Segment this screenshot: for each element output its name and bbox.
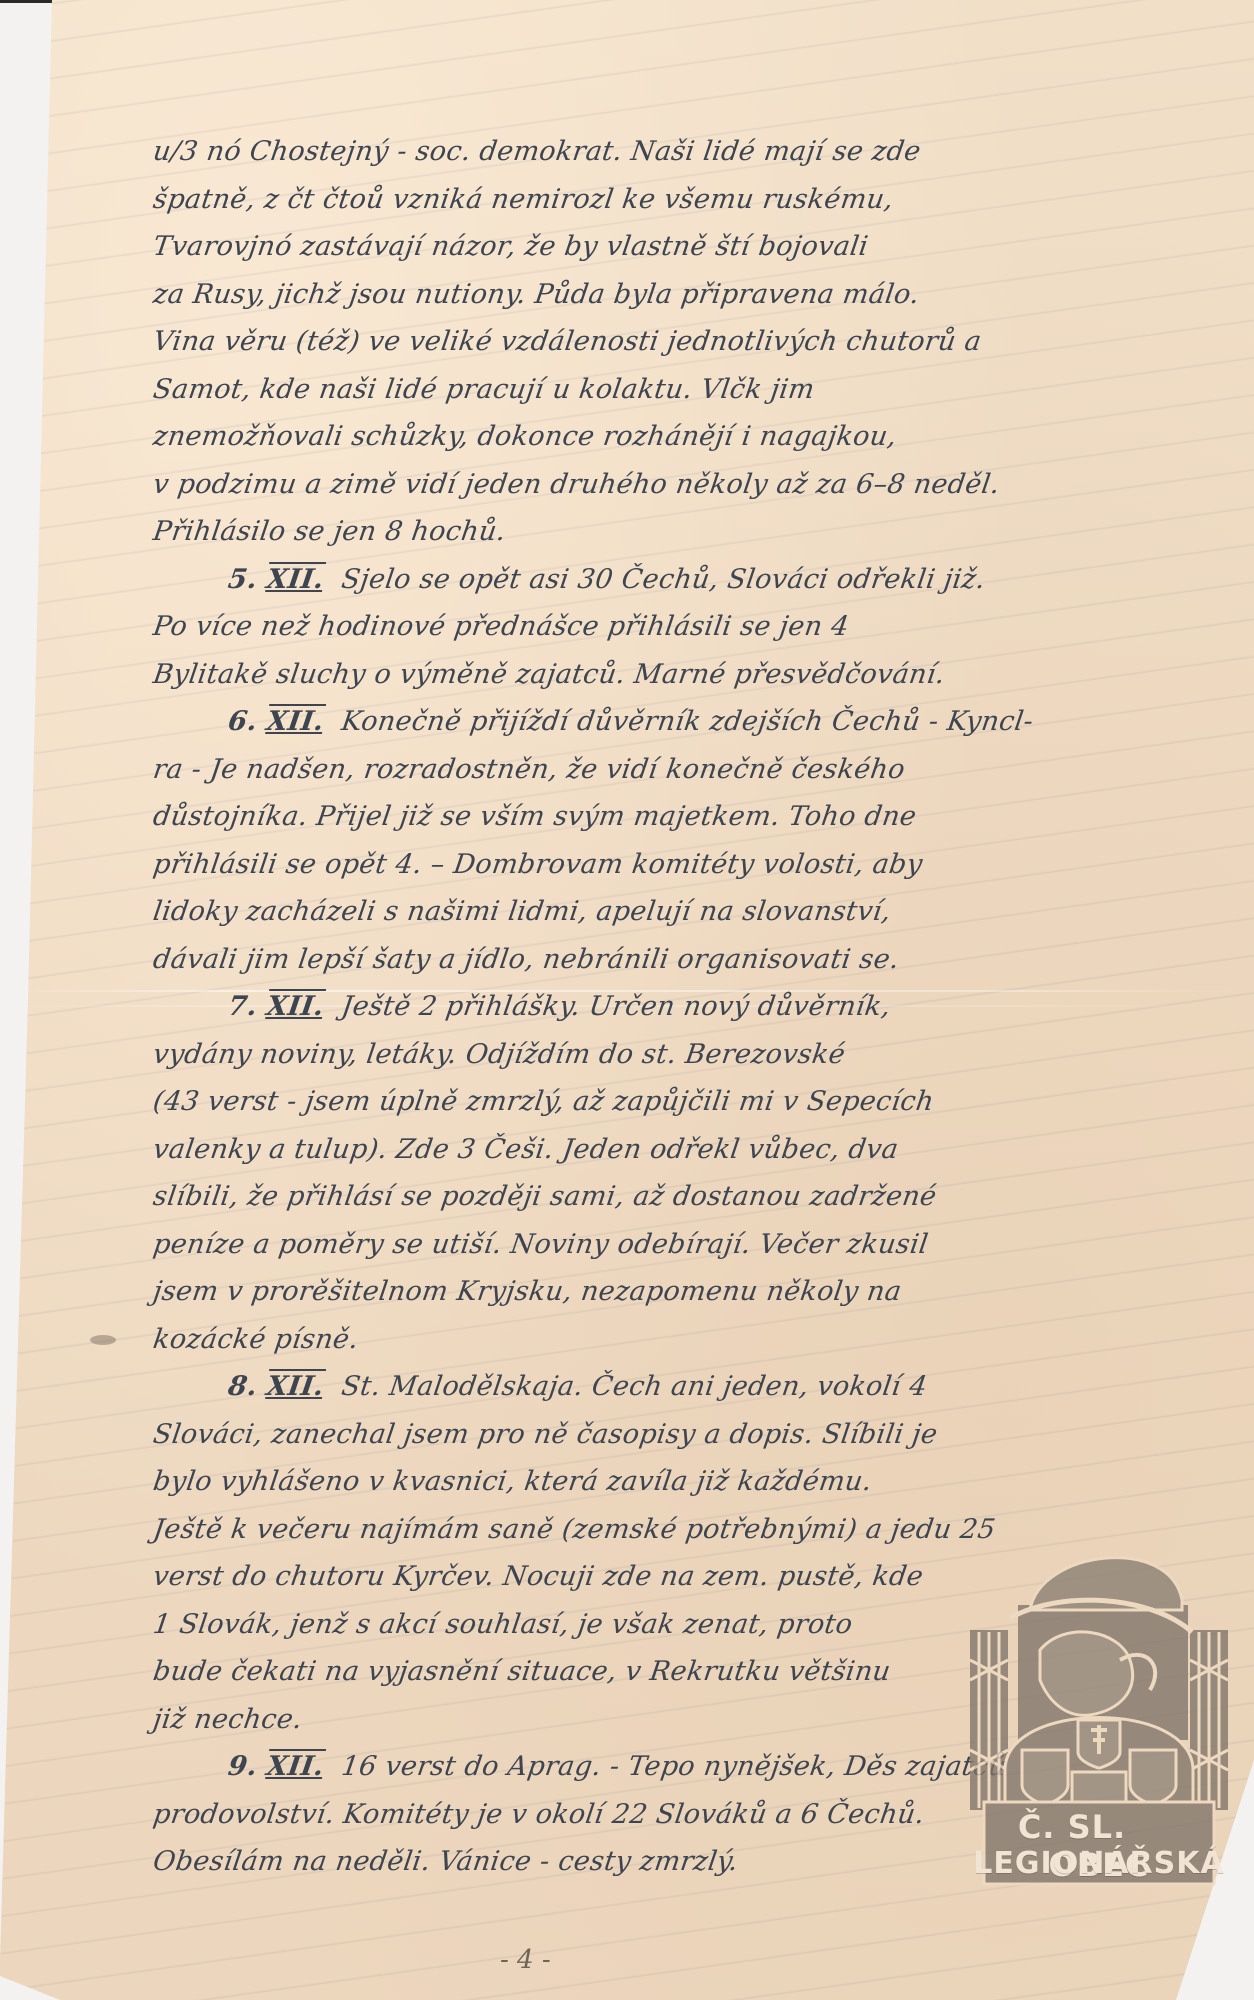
line-text: Obesílám na neděli. Vánice - cesty zmrzl… <box>151 1846 740 1877</box>
line-text: peníze a poměry se utiší. Noviny odebíra… <box>151 1229 930 1260</box>
text-line: Po více než hodinové přednášce přihlásil… <box>150 603 1237 651</box>
line-text: ra - Je nadšen, rozradostněn, že vidí ko… <box>151 754 907 785</box>
text-line: bylo vyhlášeno v kvasnici, která zavíla … <box>150 1458 1237 1506</box>
entry-date: 7. XII. <box>226 991 326 1022</box>
line-text: u/3 nó Chostejný - soc. demokrat. Naši l… <box>151 136 923 167</box>
line-text: valenky a tulup). Zde 3 Češi. Jeden odře… <box>151 1134 900 1165</box>
line-text: Po více než hodinové přednášce přihlásil… <box>151 611 851 642</box>
diary-entry-start-line: 7. XII.Ještě 2 přihlášky. Určen nový dův… <box>150 983 1237 1031</box>
diary-entry-start-line: 8. XII.St. Malodělskaja. Čech ani jeden,… <box>150 1363 1237 1411</box>
entry-date: 5. XII. <box>226 564 326 595</box>
line-text: prodovolství. Komitéty je v okolí 22 Slo… <box>151 1799 926 1830</box>
line-text: špatně, z čt čtoů vzniká nemirozl ke vše… <box>151 184 895 215</box>
margin-ink-blot <box>90 1335 116 1345</box>
line-text: přihlásili se opět 4. – Dombrovam komité… <box>151 849 924 880</box>
text-line: ra - Je nadšen, rozradostněn, že vidí ko… <box>150 746 1237 794</box>
line-text: bude čekati na vyjasnění situace, v Rekr… <box>151 1656 892 1687</box>
text-line: špatně, z čt čtoů vzniká nemirozl ke vše… <box>150 176 1237 224</box>
scan-edge-line <box>0 0 60 3</box>
text-line: Tvarovjnó zastávají názor, že by vlastně… <box>150 223 1237 271</box>
line-text: (43 verst - jsem úplně zmrzlý, až zapůjč… <box>151 1086 936 1117</box>
line-text: za Rusy, jichž jsou nutiony. Půda byla p… <box>151 279 921 310</box>
line-text: Slováci, zanechal jsem pro ně časopisy a… <box>151 1419 939 1450</box>
text-line: peníze a poměry se utiší. Noviny odebíra… <box>150 1221 1237 1269</box>
text-line: v podzimu a zimě vidí jeden druhého něko… <box>150 461 1237 509</box>
line-text: 16 verst do Aprag. - Tepo nynějšek, Děs … <box>340 1751 1009 1782</box>
line-text: Tvarovjnó zastávají názor, že by vlastně… <box>151 231 870 262</box>
line-text: Přihlásilo se jen 8 hochů. <box>151 516 508 547</box>
text-line: Vina věru (též) ve veliké vzdálenosti je… <box>150 318 1237 366</box>
line-text: dávali jim lepší šaty a jídlo, nebránili… <box>151 944 901 975</box>
line-text: verst do chutoru Kyrčev. Nocuji zde na z… <box>151 1561 925 1592</box>
text-line: znemožňovali schůzky, dokonce rozhánějí … <box>150 413 1237 461</box>
line-text: Konečně přijíždí důvěrník zdejších Čechů… <box>340 706 1036 737</box>
text-line: za Rusy, jichž jsou nutiony. Půda byla p… <box>150 271 1237 319</box>
line-text: vydány noviny, letáky. Odjíždím do st. B… <box>151 1039 847 1070</box>
watermark-line-2: LEGIONÁŘSKÁ <box>970 1846 1228 1881</box>
text-line: Slováci, zanechal jsem pro ně časopisy a… <box>150 1411 1237 1459</box>
text-line: jsem v prorěšitelnom Kryjsku, nezapomenu… <box>150 1268 1237 1316</box>
text-line: slíbili, že přihlásí se později sami, až… <box>150 1173 1237 1221</box>
diary-entry-start-line: 6. XII.Konečně přijíždí důvěrník zdejšíc… <box>150 698 1237 746</box>
text-line: u/3 nó Chostejný - soc. demokrat. Naši l… <box>150 128 1237 176</box>
line-text: slíbili, že přihlásí se později sami, až… <box>151 1181 938 1212</box>
text-line: (43 verst - jsem úplně zmrzlý, až zapůjč… <box>150 1078 1237 1126</box>
line-text: Bylitakě sluchy o výměně zajatců. Marné … <box>151 659 947 690</box>
text-line: kozácké písně. <box>150 1316 1237 1364</box>
text-line: valenky a tulup). Zde 3 Češi. Jeden odře… <box>150 1126 1237 1174</box>
line-text: lidoky zacházeli s našimi lidmi, apelují… <box>151 896 893 927</box>
diary-entry-start-line: 5. XII.Sjelo se opět asi 30 Čechů, Slová… <box>150 556 1237 604</box>
line-text: již nechce. <box>151 1704 304 1735</box>
line-text: 1 Slovák, jenž s akcí souhlasí, je však … <box>151 1609 854 1640</box>
line-text: Sjelo se opět asi 30 Čechů, Slováci odře… <box>340 564 988 595</box>
line-text: Vina věru (též) ve veliké vzdálenosti je… <box>151 326 983 357</box>
line-text: znemožňovali schůzky, dokonce rozhánějí … <box>151 421 898 452</box>
entry-date: 8. XII. <box>226 1371 326 1402</box>
entry-date: 6. XII. <box>226 706 326 737</box>
line-text: Ještě 2 přihlášky. Určen nový důvěrník, <box>340 991 893 1022</box>
text-line: Samot, kde naši lidé pracují u kolaktu. … <box>150 366 1237 414</box>
text-line: Bylitakě sluchy o výměně zajatců. Marné … <box>150 651 1237 699</box>
line-text: Samot, kde naši lidé pracují u kolaktu. … <box>151 374 816 405</box>
line-text: bylo vyhlášeno v kvasnici, která zavíla … <box>151 1466 874 1497</box>
line-text: důstojníka. Přijel již se vším svým maje… <box>151 801 918 832</box>
line-text: v podzimu a zimě vidí jeden druhého něko… <box>151 469 1002 500</box>
text-line: lidoky zacházeli s našimi lidmi, apelují… <box>150 888 1237 936</box>
line-text: St. Malodělskaja. Čech ani jeden, vokolí… <box>340 1371 930 1402</box>
line-text: kozácké písně. <box>151 1324 360 1355</box>
line-text: Ještě k večeru najímám saně (zemské potř… <box>151 1514 997 1545</box>
page-number: - 4 - <box>500 1945 551 1975</box>
entry-date: 9. XII. <box>226 1751 326 1782</box>
text-line: vydány noviny, letáky. Odjíždím do st. B… <box>150 1031 1237 1079</box>
line-text: jsem v prorěšitelnom Kryjsku, nezapomenu… <box>151 1276 903 1307</box>
text-line: důstojníka. Přijel již se vším svým maje… <box>150 793 1237 841</box>
watermark-csl-text: Č. SL. <box>1018 1808 1126 1846</box>
text-line: přihlásili se opět 4. – Dombrovam komité… <box>150 841 1237 889</box>
text-line: Přihlásilo se jen 8 hochů. <box>150 508 1237 556</box>
watermark-logo: Č. SL.OBEC LEGIONÁŘSKÁ <box>970 1540 1228 1892</box>
text-line: dávali jim lepší šaty a jídlo, nebránili… <box>150 936 1237 984</box>
